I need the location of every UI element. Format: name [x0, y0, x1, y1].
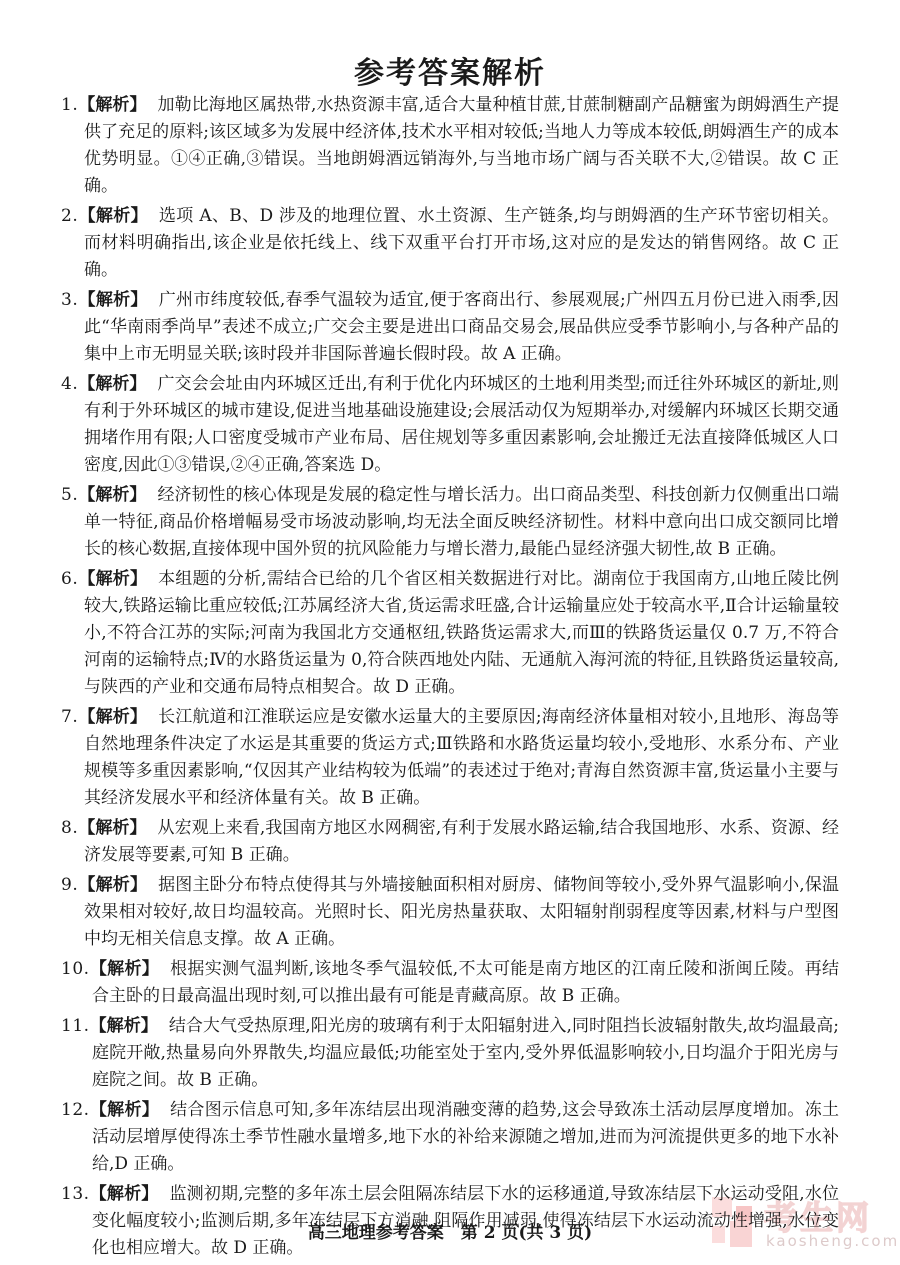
item-number: 4. — [61, 374, 78, 394]
answer-item: 7.【解析】长江航道和江淮联运应是安徽水运量大的主要原因;海南经济体量相对较小,… — [61, 704, 839, 812]
page-footer: 高三地理参考答案 第 2 页(共 3 页) — [0, 1218, 900, 1243]
analysis-label: 【解析】 — [78, 206, 148, 226]
item-number: 13. — [61, 1184, 90, 1204]
answer-sheet-page: 参考答案解析 1.【解析】加勒比海地区属热带,水热资源丰富,适合大量种植甘蔗,甘… — [0, 0, 900, 1265]
answer-item: 8.【解析】从宏观上来看,我国南方地区水网稠密,有利于发展水路运输,结合我国地形… — [61, 815, 839, 869]
answer-item: 2.【解析】选项 A、B、D 涉及的地理位置、水土资源、生产链条,均与朗姆酒的生… — [61, 203, 839, 284]
item-number: 6. — [61, 569, 78, 589]
analysis-label: 【解析】 — [78, 818, 146, 838]
analysis-text: 广州市纬度较低,春季气温较为适宜,便于客商出行、参展观展;广州四五月份已进入雨季… — [84, 290, 839, 364]
answer-item: 5.【解析】经济韧性的核心体现是发展的稳定性与增长活力。出口商品类型、科技创新力… — [61, 482, 839, 563]
answer-item: 6.【解析】本组题的分析,需结合已给的几个省区相关数据进行对比。湖南位于我国南方… — [61, 566, 839, 701]
analysis-text: 加勒比海地区属热带,水热资源丰富,适合大量种植甘蔗,甘蔗制糖副产品糖蜜为朗姆酒生… — [84, 95, 839, 196]
item-number: 8. — [61, 818, 78, 838]
item-number: 7. — [61, 707, 78, 727]
answer-item: 11.【解析】结合大气受热原理,阳光房的玻璃有利于太阳辐射进入,同时阻挡长波辐射… — [61, 1013, 839, 1094]
item-number: 5. — [61, 485, 78, 505]
item-number: 11. — [61, 1016, 90, 1036]
item-number: 9. — [61, 875, 78, 895]
analysis-text: 长江航道和江淮联运应是安徽水运量大的主要原因;海南经济体量相对较小,且地形、海岛… — [84, 707, 839, 808]
analysis-text: 从宏观上来看,我国南方地区水网稠密,有利于发展水路运输,结合我国地形、水系、资源… — [84, 818, 839, 865]
analysis-label: 【解析】 — [78, 875, 147, 895]
analysis-text: 结合图示信息可知,多年冻结层出现消融变薄的趋势,这会导致冻土活动层厚度增加。冻土… — [92, 1100, 839, 1174]
item-number: 3. — [61, 290, 78, 310]
analysis-text: 据图主卧分布特点使得其与外墙接触面积相对厨房、储物间等较小,受外界气温影响小,保… — [84, 875, 839, 949]
answer-item: 10.【解析】根据实测气温判断,该地冬季气温较低,不太可能是南方地区的江南丘陵和… — [61, 956, 839, 1010]
answer-item: 9.【解析】据图主卧分布特点使得其与外墙接触面积相对厨房、储物间等较小,受外界气… — [61, 872, 839, 953]
analysis-label: 【解析】 — [78, 290, 148, 310]
item-number: 10. — [61, 959, 90, 979]
item-number: 2. — [61, 206, 78, 226]
analysis-text: 广交会会址由内环城区迁出,有利于优化内环城区的土地利用类型;而迁往外环城区的新址… — [84, 374, 839, 475]
item-number: 1. — [61, 95, 78, 115]
page-title: 参考答案解析 — [0, 48, 900, 92]
analysis-text: 结合大气受热原理,阳光房的玻璃有利于太阳辐射进入,同时阻挡长波辐射散失,故均温最… — [92, 1016, 839, 1090]
answer-item: 1.【解析】加勒比海地区属热带,水热资源丰富,适合大量种植甘蔗,甘蔗制糖副产品糖… — [61, 92, 839, 200]
footer-text: 高三地理参考答案 第 2 页(共 3 页) — [308, 1223, 592, 1243]
analysis-text: 本组题的分析,需结合已给的几个省区相关数据进行对比。湖南位于我国南方,山地丘陵比… — [84, 569, 839, 697]
analysis-text: 选项 A、B、D 涉及的地理位置、水土资源、生产链条,均与朗姆酒的生产环节密切相… — [84, 206, 839, 280]
analysis-text: 根据实测气温判断,该地冬季气温较低,不太可能是南方地区的江南丘陵和浙闽丘陵。再结… — [92, 959, 839, 1006]
analysis-text: 经济韧性的核心体现是发展的稳定性与增长活力。出口商品类型、科技创新力仅侧重出口端… — [84, 485, 839, 559]
answer-list: 1.【解析】加勒比海地区属热带,水热资源丰富,适合大量种植甘蔗,甘蔗制糖副产品糖… — [61, 92, 839, 1265]
analysis-label: 【解析】 — [90, 1100, 160, 1120]
analysis-label: 【解析】 — [90, 1016, 158, 1036]
analysis-label: 【解析】 — [78, 485, 146, 505]
analysis-label: 【解析】 — [78, 95, 146, 115]
analysis-label: 【解析】 — [78, 707, 147, 727]
analysis-label: 【解析】 — [78, 374, 146, 394]
answer-item: 12.【解析】结合图示信息可知,多年冻结层出现消融变薄的趋势,这会导致冻土活动层… — [61, 1097, 839, 1178]
item-number: 12. — [61, 1100, 90, 1120]
analysis-label: 【解析】 — [90, 959, 160, 979]
analysis-label: 【解析】 — [90, 1184, 159, 1204]
answer-item: 4.【解析】广交会会址由内环城区迁出,有利于优化内环城区的土地利用类型;而迁往外… — [61, 371, 839, 479]
analysis-label: 【解析】 — [78, 569, 147, 589]
answer-item: 3.【解析】广州市纬度较低,春季气温较为适宜,便于客商出行、参展观展;广州四五月… — [61, 287, 839, 368]
